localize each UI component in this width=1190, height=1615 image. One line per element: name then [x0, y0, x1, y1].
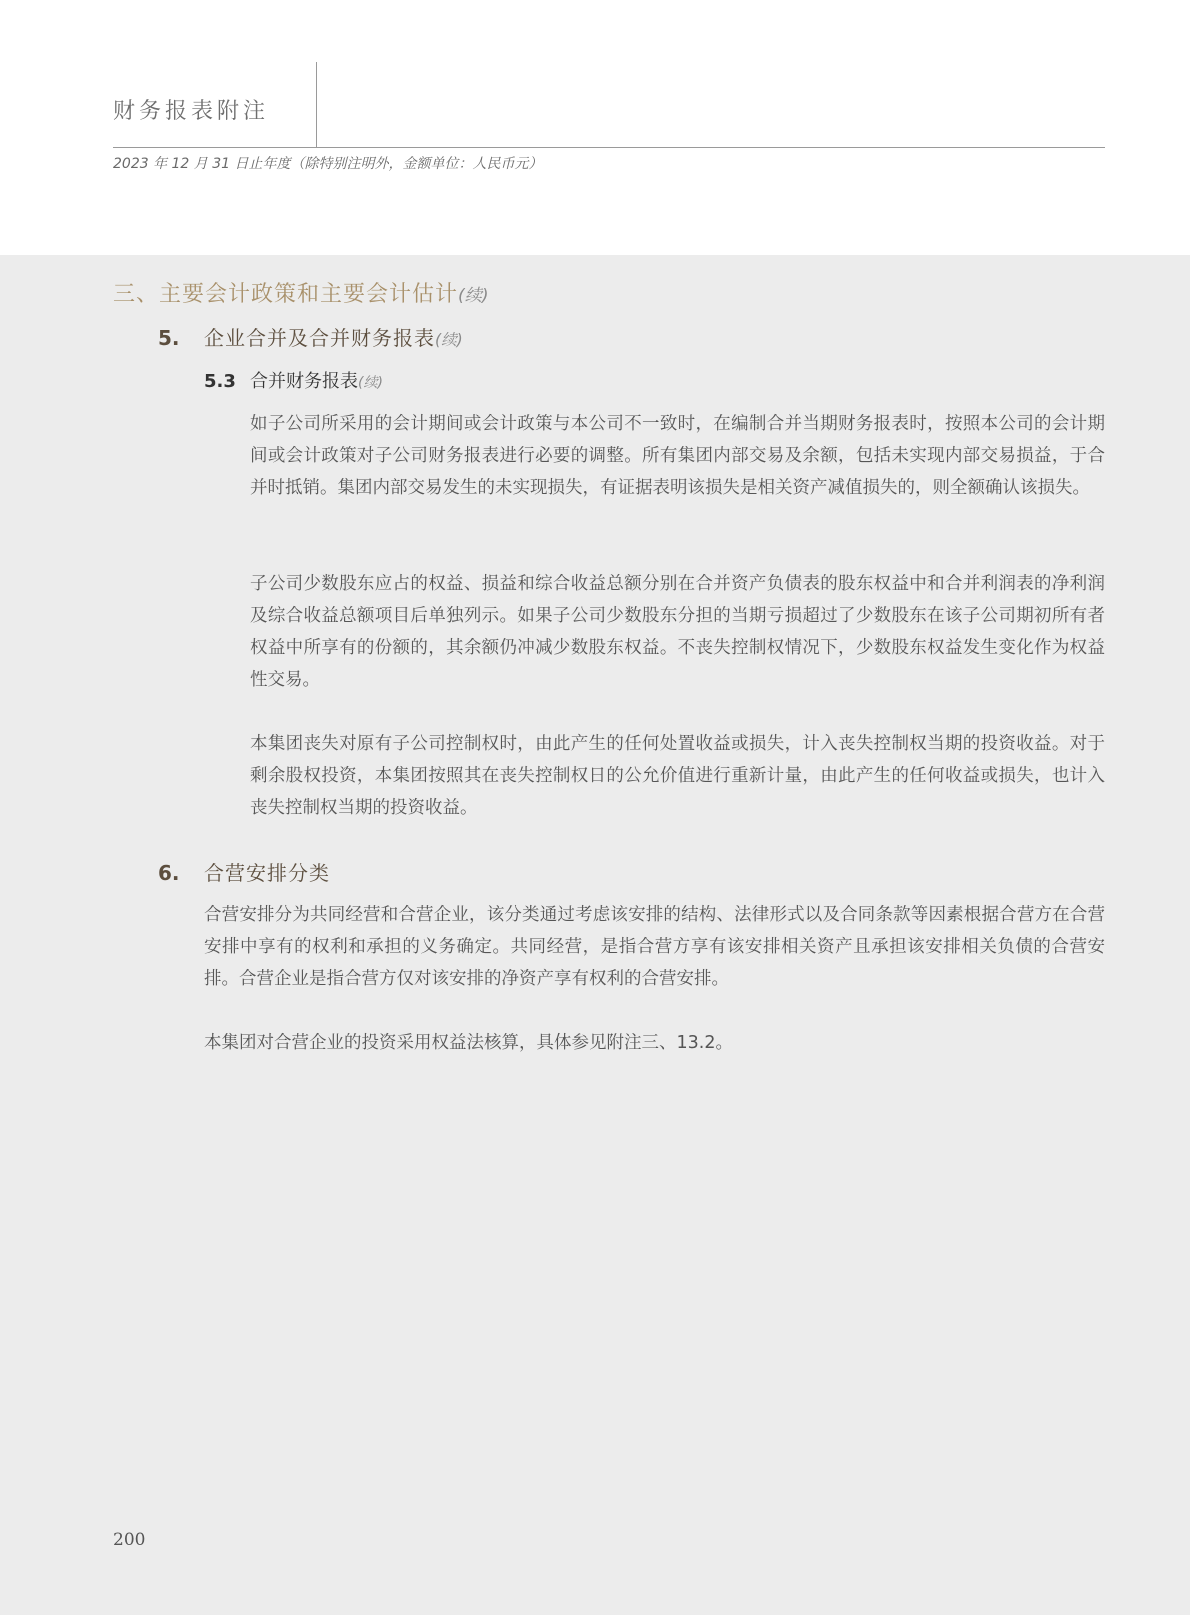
section-title: 三、主要会计政策和主要会计估计(续)	[113, 277, 489, 308]
header-horizontal-rule	[113, 147, 1105, 148]
page-header: 财务报表附注 2023 年 12 月 31 日止年度（除特别注明外，金额单位：人…	[0, 0, 1190, 255]
continued-label: (续)	[358, 375, 383, 391]
subsection-number: 5.	[158, 326, 204, 350]
subsection-title: 合营安排分类	[204, 861, 330, 885]
item-number: 5.3	[204, 371, 250, 392]
paragraph-5-3-3: 本集团丧失对原有子公司控制权时，由此产生的任何处置收益或损失，计入丧失控制权当期…	[250, 728, 1105, 824]
header-subtitle: 2023 年 12 月 31 日止年度（除特别注明外，金额单位：人民币元）	[113, 153, 543, 173]
header-vertical-divider	[316, 62, 317, 147]
page-number: 200	[113, 1530, 145, 1550]
subsection-title: 企业合并及合并财务报表	[204, 326, 435, 350]
header-title: 财务报表附注	[113, 94, 269, 125]
subsection-number: 6.	[158, 861, 204, 885]
paragraph-5-3-2: 子公司少数股东应占的权益、损益和综合收益总额分别在合并资产负债表的股东权益中和合…	[250, 568, 1105, 696]
subsection-heading-5: 5.企业合并及合并财务报表(续)	[158, 322, 463, 351]
paragraph-6-1: 合营安排分为共同经营和合营企业，该分类通过考虑该安排的结构、法律形式以及合同条款…	[204, 899, 1105, 995]
paragraph-6-2: 本集团对合营企业的投资采用权益法核算，具体参见附注三、13.2。	[204, 1027, 1105, 1059]
subsection-heading-6: 6.合营安排分类	[158, 857, 330, 886]
continued-label: (续)	[458, 286, 489, 306]
section-title-text: 三、主要会计政策和主要会计估计	[113, 282, 458, 307]
item-heading-5-3: 5.3合并财务报表(续)	[204, 367, 383, 393]
continued-label: (续)	[435, 331, 463, 349]
paragraph-5-3-1: 如子公司所采用的会计期间或会计政策与本公司不一致时，在编制合并当期财务报表时，按…	[250, 408, 1105, 504]
item-title: 合并财务报表	[250, 371, 358, 392]
